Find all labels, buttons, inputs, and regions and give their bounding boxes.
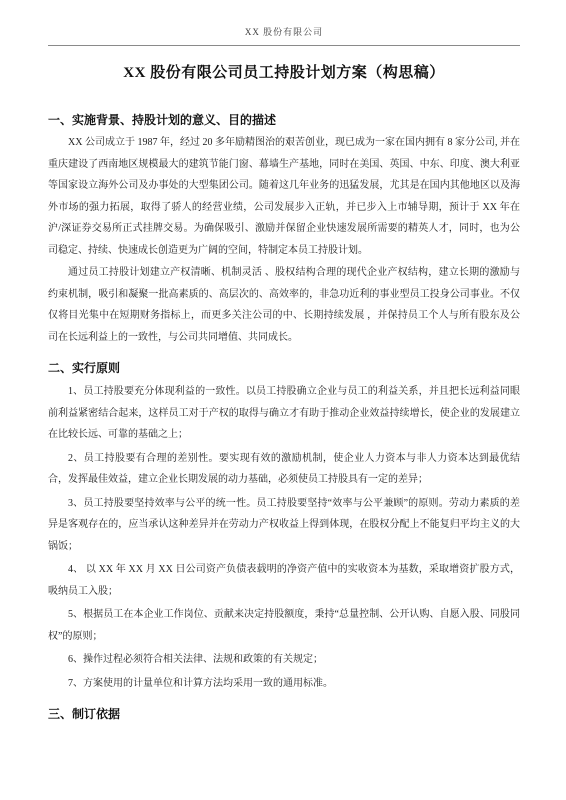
body-paragraph: 通过员工持股计划建立产权清晰、机制灵活 、股权结构合理的现代企业产权结构，建立长… [48,262,520,348]
body-paragraph: XX 公司成立于 1987 年，经过 20 多年励精图治的艰苦创业，现已成为一家… [48,132,520,261]
numbered-paragraph-6: 6、操作过程必须符合相关法律、法规和政策的有关规定； [48,649,520,671]
header-company-name: XX 股份有限公司 [48,26,520,38]
numbered-paragraph-5: 5、根据员工在本企业工作岗位、贡献来决定持股额度，秉持“总量控制、公开认购、自愿… [48,604,520,647]
section-heading-3: 三、制订依据 [48,703,520,725]
numbered-paragraph-2: 2、员工持股要有合理的差别性。要实现有效的激励机制，使企业人力资本与非人力资本达… [48,448,520,491]
document-title: XX 股份有限公司员工持股计划方案（构思稿） [48,63,520,84]
section-heading-2: 二、实行原则 [48,357,520,379]
numbered-paragraph-7: 7、方案使用的计量单位和计算方法均采用一致的通用标准。 [48,673,520,695]
numbered-paragraph-4: 4、 以 XX 年 XX 月 XX 日公司资产负债表载明的净资产值中的实收资本为… [48,559,520,602]
page-header: XX 股份有限公司 [48,0,520,46]
section-heading-1: 一、实施背景、持股计划的意义、目的描述 [48,109,520,131]
document-page: XX 股份有限公司 XX 股份有限公司员工持股计划方案（构思稿） 一、实施背景、… [0,0,566,800]
numbered-paragraph-3: 3、员工持股要坚持效率与公平的统一性。员工持股要坚持“效率与公平兼顾”的原则。劳… [48,493,520,558]
numbered-paragraph-1: 1、员工持股要充分体现利益的一致性。以员工持股确立企业与员工的利益关系，并且把长… [48,381,520,446]
header-divider [48,45,520,46]
